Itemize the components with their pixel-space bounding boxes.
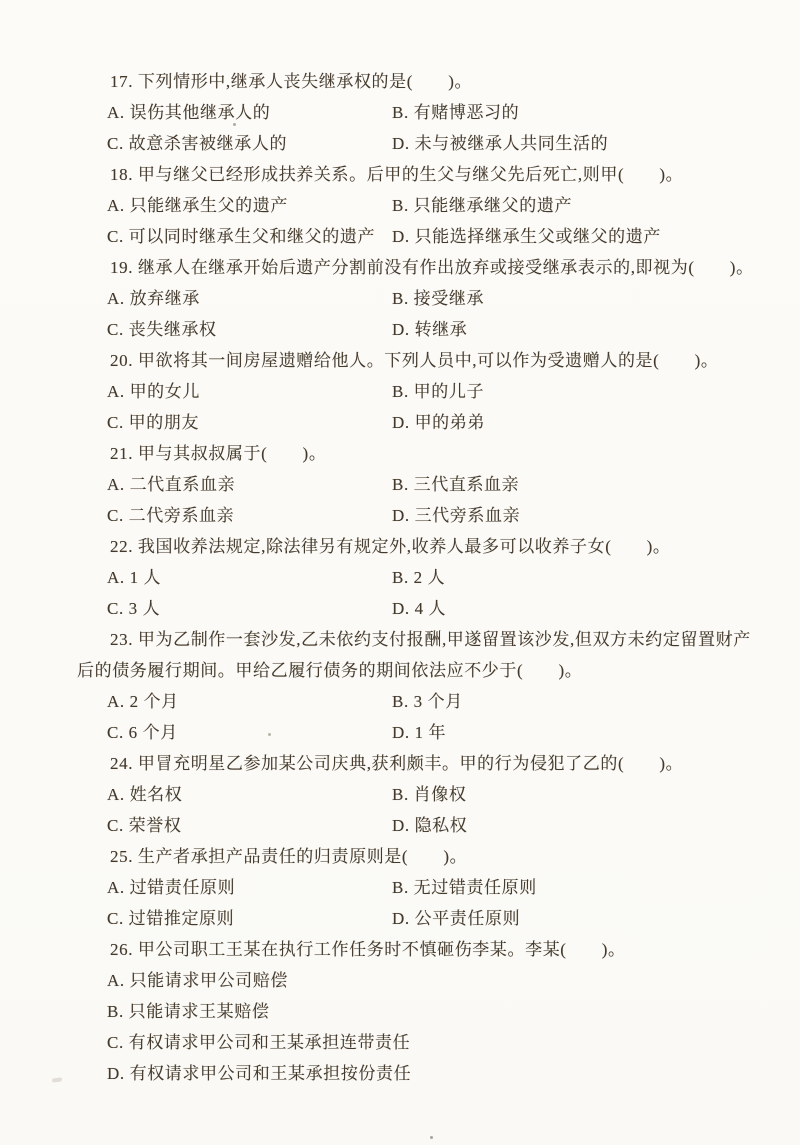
question-21-option-b: B. 三代直系血亲 (392, 469, 519, 500)
question-25-option-d: D. 公平责任原则 (392, 903, 520, 934)
question-21-option-a: A. 二代直系血亲 (107, 469, 235, 500)
question-22-text: 22. 我国收养法规定,除法律另有规定外,收养人最多可以收养子女( )。 (110, 531, 760, 562)
question-24-option-c: C. 荣誉权 (107, 810, 181, 841)
question-24-option-d: D. 隐私权 (392, 810, 467, 841)
question-24-option-a: A. 姓名权 (107, 779, 182, 810)
question-25-option-a: A. 过错责任原则 (107, 872, 235, 903)
question-17-text: 17. 下列情形中,继承人丧失继承权的是( )。 (110, 66, 760, 97)
question-18-text: 18. 甲与继父已经形成扶养关系。后甲的生父与继父先后死亡,则甲( )。 (110, 159, 760, 190)
question-20-option-a: A. 甲的女儿 (107, 376, 200, 407)
question-22-row-cd: C. 3 人 D. 4 人 (0, 593, 800, 624)
question-23-option-b: B. 3 个月 (392, 686, 463, 717)
question-23: 23. 甲为乙制作一套沙发,乙未依约支付报酬,甲遂留置该沙发,但双方未约定留置财… (0, 624, 800, 748)
question-20: 20. 甲欲将其一间房屋遗赠给他人。下列人员中,可以作为受遗赠人的是( )。 A… (0, 345, 800, 438)
question-20-option-d: D. 甲的弟弟 (392, 407, 485, 438)
question-20-row-cd: C. 甲的朋友 D. 甲的弟弟 (0, 407, 800, 438)
question-19: 19. 继承人在继承开始后遗产分割前没有作出放弃或接受继承表示的,即视为( )。… (0, 252, 800, 345)
question-25-option-c: C. 过错推定原则 (107, 903, 234, 934)
question-26-option-b: B. 只能请求王某赔偿 (107, 996, 800, 1027)
question-21-option-d: D. 三代旁系血亲 (392, 500, 520, 531)
question-18-option-a: A. 只能继承生父的遗产 (107, 190, 288, 221)
question-17-row-cd: C. 故意杀害被继承人的 D. 未与被继承人共同生活的 (0, 128, 800, 159)
question-25-row-ab: A. 过错责任原则 B. 无过错责任原则 (0, 872, 800, 903)
question-17-option-d: D. 未与被继承人共同生活的 (392, 128, 608, 159)
question-19-option-b: B. 接受继承 (392, 283, 484, 314)
question-22-row-ab: A. 1 人 B. 2 人 (0, 562, 800, 593)
question-17-option-b: B. 有赌博恶习的 (392, 97, 519, 128)
scan-speck (430, 1136, 433, 1139)
question-23-option-d: D. 1 年 (392, 717, 446, 748)
question-18-row-ab: A. 只能继承生父的遗产 B. 只能继承继父的遗产 (0, 190, 800, 221)
question-23-row-ab: A. 2 个月 B. 3 个月 (0, 686, 800, 717)
question-20-option-c: C. 甲的朋友 (107, 407, 199, 438)
question-22-option-b: B. 2 人 (392, 562, 445, 593)
question-21-row-ab: A. 二代直系血亲 B. 三代直系血亲 (0, 469, 800, 500)
question-25-row-cd: C. 过错推定原则 D. 公平责任原则 (0, 903, 800, 934)
question-26: 26. 甲公司职工王某在执行工作任务时不慎砸伤李某。李某( )。 A. 只能请求… (0, 934, 800, 1089)
question-22-option-d: D. 4 人 (392, 593, 446, 624)
question-23-text-line2: 后的债务履行期间。甲给乙履行债务的期间依法应不少于( )。 (77, 655, 760, 686)
question-17-option-c: C. 故意杀害被继承人的 (107, 128, 287, 159)
question-23-text-line1: 23. 甲为乙制作一套沙发,乙未依约支付报酬,甲遂留置该沙发,但双方未约定留置财… (110, 624, 760, 655)
question-22-option-c: C. 3 人 (107, 593, 160, 624)
question-17-option-a: A. 误伤其他继承人的 (107, 97, 270, 128)
question-25: 25. 生产者承担产品责任的归责原则是( )。 A. 过错责任原则 B. 无过错… (0, 841, 800, 934)
question-21: 21. 甲与其叔叔属于( )。 A. 二代直系血亲 B. 三代直系血亲 C. 二… (0, 438, 800, 531)
question-17-row-ab: A. 误伤其他继承人的 B. 有赌博恶习的 (0, 97, 800, 128)
question-18-option-b: B. 只能继承继父的遗产 (392, 190, 572, 221)
question-19-option-d: D. 转继承 (392, 314, 467, 345)
question-20-text: 20. 甲欲将其一间房屋遗赠给他人。下列人员中,可以作为受遗赠人的是( )。 (110, 345, 760, 376)
question-24-option-b: B. 肖像权 (392, 779, 466, 810)
question-22-option-a: A. 1 人 (107, 562, 161, 593)
question-23-option-c: C. 6 个月 (107, 717, 178, 748)
question-26-option-d: D. 有权请求甲公司和王某承担按份责任 (107, 1058, 800, 1089)
question-23-option-a: A. 2 个月 (107, 686, 179, 717)
question-18-row-cd: C. 可以同时继承生父和继父的遗产 D. 只能选择继承生父或继父的遗产 (0, 221, 800, 252)
question-21-text: 21. 甲与其叔叔属于( )。 (110, 438, 760, 469)
question-25-text: 25. 生产者承担产品责任的归责原则是( )。 (110, 841, 760, 872)
question-21-option-c: C. 二代旁系血亲 (107, 500, 234, 531)
scanned-exam-page: 17. 下列情形中,继承人丧失继承权的是( )。 A. 误伤其他继承人的 B. … (0, 0, 800, 1145)
question-25-option-b: B. 无过错责任原则 (392, 872, 537, 903)
question-20-option-b: B. 甲的儿子 (392, 376, 484, 407)
question-18-option-d: D. 只能选择继承生父或继父的遗产 (392, 221, 661, 252)
question-20-row-ab: A. 甲的女儿 B. 甲的儿子 (0, 376, 800, 407)
question-24-row-cd: C. 荣誉权 D. 隐私权 (0, 810, 800, 841)
question-18: 18. 甲与继父已经形成扶养关系。后甲的生父与继父先后死亡,则甲( )。 A. … (0, 159, 800, 252)
question-24-row-ab: A. 姓名权 B. 肖像权 (0, 779, 800, 810)
question-19-row-ab: A. 放弃继承 B. 接受继承 (0, 283, 800, 314)
question-21-row-cd: C. 二代旁系血亲 D. 三代旁系血亲 (0, 500, 800, 531)
question-19-text: 19. 继承人在继承开始后遗产分割前没有作出放弃或接受继承表示的,即视为( )。 (110, 252, 760, 283)
question-24: 24. 甲冒充明星乙参加某公司庆典,获利颇丰。甲的行为侵犯了乙的( )。 A. … (0, 748, 800, 841)
question-23-row-cd: C. 6 个月 D. 1 年 (0, 717, 800, 748)
scan-speck (268, 733, 271, 736)
question-26-text: 26. 甲公司职工王某在执行工作任务时不慎砸伤李某。李某( )。 (110, 934, 760, 965)
question-19-option-a: A. 放弃继承 (107, 283, 200, 314)
question-26-option-a: A. 只能请求甲公司赔偿 (107, 965, 800, 996)
question-19-option-c: C. 丧失继承权 (107, 314, 217, 345)
question-22: 22. 我国收养法规定,除法律另有规定外,收养人最多可以收养子女( )。 A. … (0, 531, 800, 624)
question-19-row-cd: C. 丧失继承权 D. 转继承 (0, 314, 800, 345)
question-24-text: 24. 甲冒充明星乙参加某公司庆典,获利颇丰。甲的行为侵犯了乙的( )。 (110, 748, 760, 779)
question-26-option-c: C. 有权请求甲公司和王某承担连带责任 (107, 1027, 800, 1058)
scan-speck (233, 123, 236, 126)
question-17: 17. 下列情形中,继承人丧失继承权的是( )。 A. 误伤其他继承人的 B. … (0, 66, 800, 159)
question-18-option-c: C. 可以同时继承生父和继父的遗产 (107, 221, 375, 252)
